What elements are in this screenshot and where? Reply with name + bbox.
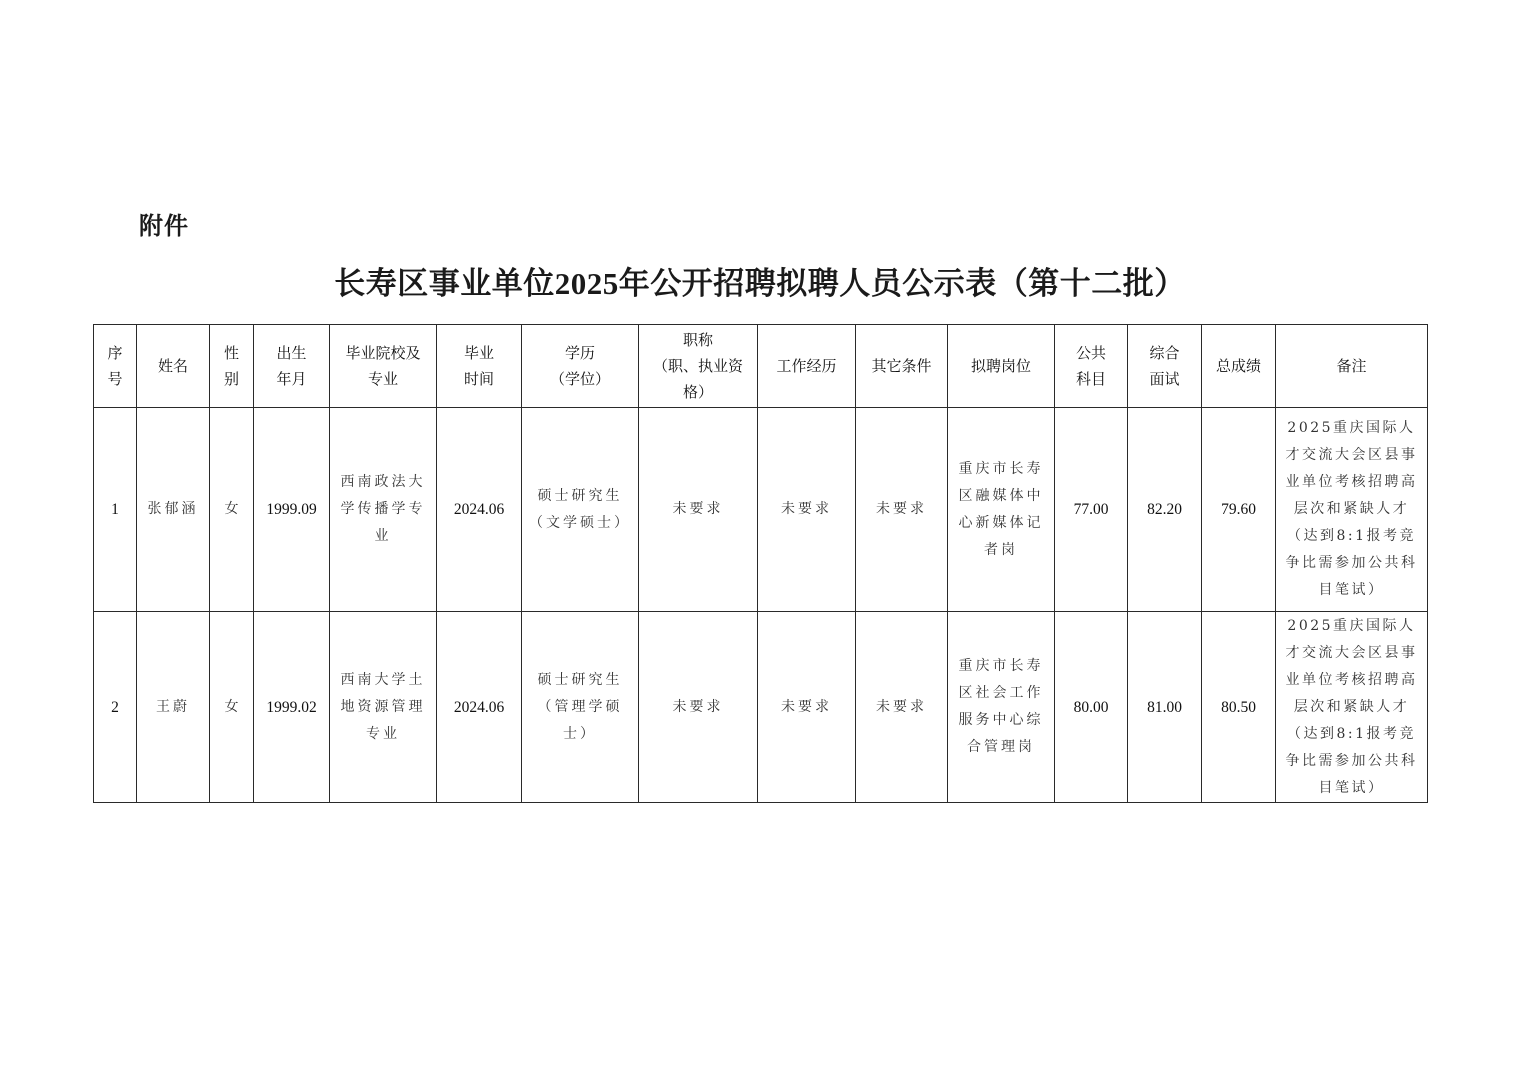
cell-remark: 2025重庆国际人才交流大会区县事业单位考核招聘高层次和紧缺人才（达到8:1报考… [1276, 408, 1428, 612]
cell-other-conditions: 未要求 [856, 612, 948, 803]
header-total-score: 总成绩 [1202, 325, 1276, 408]
header-interview: 综合面试 [1128, 325, 1202, 408]
cell-public-subject: 77.00 [1055, 408, 1128, 612]
cell-total-score: 79.60 [1202, 408, 1276, 612]
cell-gender: 女 [210, 408, 254, 612]
cell-work-experience: 未要求 [758, 612, 856, 803]
header-birth: 出生年月 [254, 325, 330, 408]
candidate-table: 序号 姓名 性别 出生年月 毕业院校及专业 毕业时间 学历（学位） 职称（职、执… [93, 324, 1428, 803]
attachment-label: 附件 [139, 206, 189, 241]
table-row: 2 王蔚 女 1999.02 西南大学土地资源管理专业 2024.06 硕士研究… [94, 612, 1428, 803]
cell-school-major: 西南大学土地资源管理专业 [330, 612, 437, 803]
cell-total-score: 80.50 [1202, 612, 1276, 803]
header-other-conditions: 其它条件 [856, 325, 948, 408]
header-position: 拟聘岗位 [948, 325, 1055, 408]
cell-seq: 2 [94, 612, 137, 803]
cell-school-major: 西南政法大学传播学专业 [330, 408, 437, 612]
document-title: 长寿区事业单位2025年公开招聘拟聘人员公示表（第十二批） [0, 258, 1520, 303]
header-remark: 备注 [1276, 325, 1428, 408]
cell-work-experience: 未要求 [758, 408, 856, 612]
table-row: 1 张郁涵 女 1999.09 西南政法大学传播学专业 2024.06 硕士研究… [94, 408, 1428, 612]
cell-seq: 1 [94, 408, 137, 612]
cell-birth: 1999.02 [254, 612, 330, 803]
header-grad-time: 毕业时间 [437, 325, 522, 408]
cell-grad-time: 2024.06 [437, 408, 522, 612]
cell-position: 重庆市长寿区融媒体中心新媒体记者岗 [948, 408, 1055, 612]
cell-grad-time: 2024.06 [437, 612, 522, 803]
header-public-subject: 公共科目 [1055, 325, 1128, 408]
header-work-experience: 工作经历 [758, 325, 856, 408]
cell-interview: 82.20 [1128, 408, 1202, 612]
cell-education: 硕士研究生（管理学硕士） [522, 612, 639, 803]
cell-name: 张郁涵 [137, 408, 210, 612]
cell-public-subject: 80.00 [1055, 612, 1128, 803]
header-gender: 性别 [210, 325, 254, 408]
cell-gender: 女 [210, 612, 254, 803]
header-name: 姓名 [137, 325, 210, 408]
cell-other-conditions: 未要求 [856, 408, 948, 612]
table-header-row: 序号 姓名 性别 出生年月 毕业院校及专业 毕业时间 学历（学位） 职称（职、执… [94, 325, 1428, 408]
cell-position: 重庆市长寿区社会工作服务中心综合管理岗 [948, 612, 1055, 803]
cell-birth: 1999.09 [254, 408, 330, 612]
header-school-major: 毕业院校及专业 [330, 325, 437, 408]
cell-name: 王蔚 [137, 612, 210, 803]
cell-title-qualification: 未要求 [639, 612, 758, 803]
header-education: 学历（学位） [522, 325, 639, 408]
cell-interview: 81.00 [1128, 612, 1202, 803]
cell-education: 硕士研究生（文学硕士） [522, 408, 639, 612]
cell-title-qualification: 未要求 [639, 408, 758, 612]
header-seq: 序号 [94, 325, 137, 408]
cell-remark: 2025重庆国际人才交流大会区县事业单位考核招聘高层次和紧缺人才（达到8:1报考… [1276, 612, 1428, 803]
header-title-qualification: 职称（职、执业资格） [639, 325, 758, 408]
